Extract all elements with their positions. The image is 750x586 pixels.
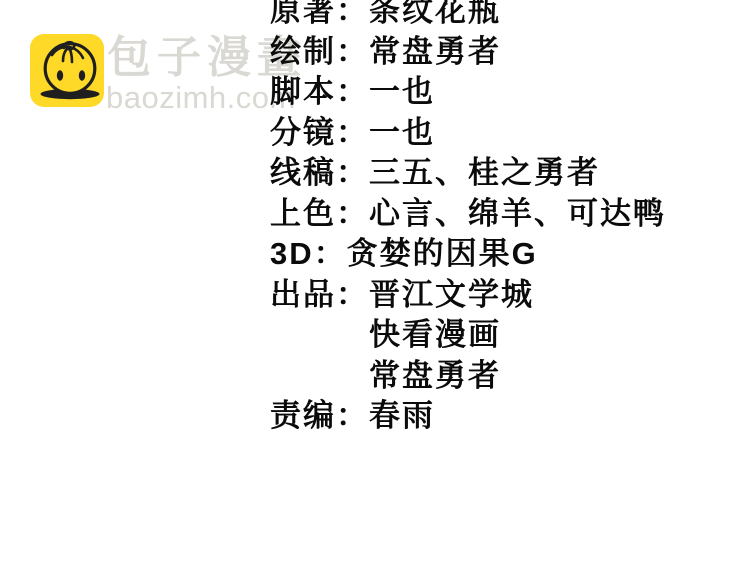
credit-label: 绘制： <box>270 34 369 69</box>
credit-line: 3D：贪婪的因果G <box>270 234 666 275</box>
credit-value: 常盘勇者 <box>369 358 501 393</box>
credit-label: 分镜： <box>270 115 369 150</box>
credit-value: 贪婪的因果G <box>347 236 538 271</box>
credit-line: 上色：心言、绵羊、可达鸭 <box>270 194 666 235</box>
credit-value: 常盘勇者 <box>369 34 501 69</box>
credit-label: 脚本： <box>270 74 369 109</box>
credit-line: 原著：条纹花瓶 <box>270 0 666 32</box>
credit-label: 原著： <box>270 0 369 28</box>
credit-line: 分镜：一也 <box>270 113 666 154</box>
credit-line: 常盘勇者 <box>270 356 666 397</box>
watermark-site-url: baozimh.com <box>106 82 296 114</box>
credit-line: 出品：晋江文学城 <box>270 275 666 316</box>
credit-value: 一也 <box>369 115 435 150</box>
credit-value: 一也 <box>369 74 435 109</box>
credit-label: 3D： <box>270 236 347 271</box>
credit-value: 心言、绵羊、可达鸭 <box>369 196 666 231</box>
credit-line: 快看漫画 <box>270 315 666 356</box>
credits-list: 原著：条纹花瓶绘制：常盘勇者脚本：一也分镜：一也线稿：三五、桂之勇者上色：心言、… <box>270 0 666 437</box>
credit-value: 春雨 <box>369 398 435 433</box>
comic-credits-page: 包子漫畫 baozimh.com 原著：条纹花瓶绘制：常盘勇者脚本：一也分镜：一… <box>0 0 750 586</box>
credit-value: 晋江文学城 <box>369 277 534 312</box>
credit-value: 条纹花瓶 <box>369 0 501 28</box>
credit-value: 快看漫画 <box>369 317 501 352</box>
credit-label: 出品： <box>270 277 369 312</box>
credit-line: 绘制：常盘勇者 <box>270 32 666 73</box>
credit-label: 上色： <box>270 196 369 231</box>
credit-label: 线稿： <box>270 155 369 190</box>
baozi-logo <box>30 34 104 107</box>
credit-line: 脚本：一也 <box>270 72 666 113</box>
credit-line: 责编：春雨 <box>270 396 666 437</box>
baozi-bun-icon <box>30 34 104 107</box>
credit-value: 三五、桂之勇者 <box>369 155 600 190</box>
credit-label: 责编： <box>270 398 369 433</box>
credit-line: 线稿：三五、桂之勇者 <box>270 153 666 194</box>
